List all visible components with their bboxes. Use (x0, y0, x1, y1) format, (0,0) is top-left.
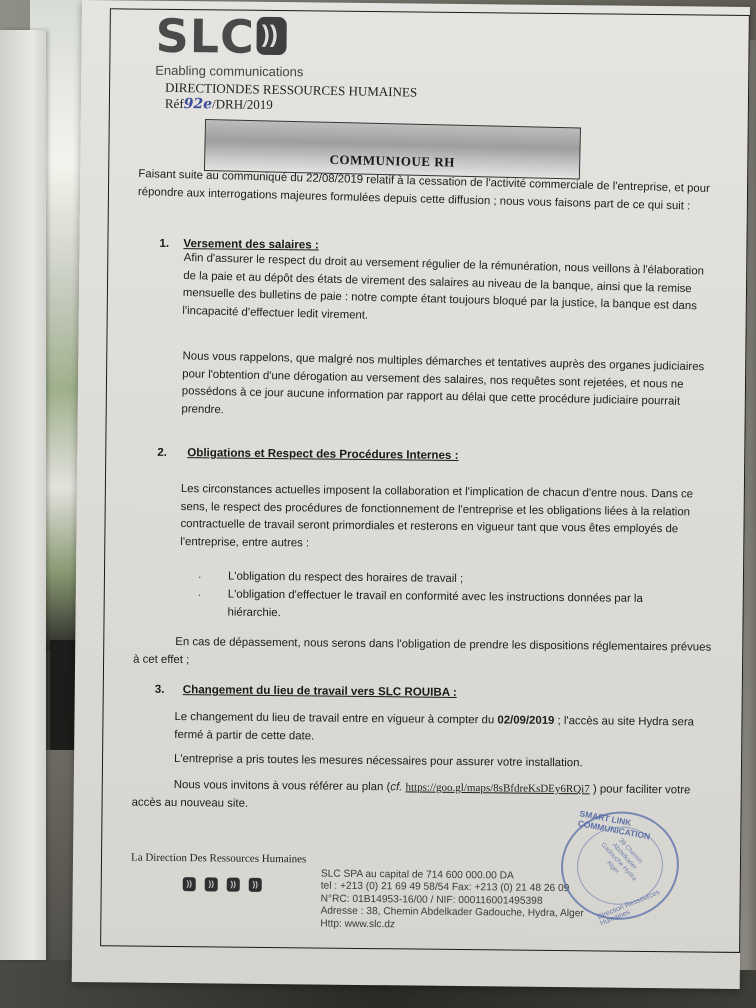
bullet-dot: · (198, 571, 202, 583)
reference-number: Réf92e/DRH/2019 (165, 96, 273, 113)
hr-notice-document: SLC)) Enabling communications DIRECTIOND… (72, 0, 750, 989)
bullet-dot: · (198, 589, 202, 601)
signal-waves-icon: )) (227, 878, 240, 892)
section-1-paragraph-2: Nous vous rappelons, que malgré nos mult… (181, 348, 712, 429)
signal-waves-icon: )) (249, 878, 262, 892)
company-tagline: Enabling communications (155, 63, 303, 80)
signal-waves-icon: )) (257, 17, 287, 55)
section-1-title: Versement des salaires : (183, 237, 318, 251)
section-2-closing: En cas de dépassement, nous serons dans … (133, 634, 713, 675)
signal-waves-icon: )) (205, 877, 218, 891)
section-3-paragraph-1: Le changement du lieu de travail entre e… (174, 709, 694, 749)
company-logo: SLC)) (155, 13, 287, 60)
section-1-number: 1. (159, 237, 169, 250)
map-link[interactable]: https://goo.gl/maps/8sBfdreKsDEy6RQi7 (405, 781, 589, 795)
signal-waves-icon: )) (183, 877, 196, 891)
stamp-inner-text: 38 Chemin Abdelkader Gadouche Hydra Alge… (593, 830, 650, 889)
logo-text: SLC (155, 9, 255, 64)
company-footer: SLC SPA au capital de 714 600 000.00 DA … (320, 869, 584, 934)
section-2-number: 2. (157, 446, 167, 459)
effective-date: 02/09/2019 (497, 714, 554, 727)
section-2-bullet-2: L'obligation d'effectuer le travail en c… (227, 587, 667, 627)
section-1-paragraph-1: Afin d'assurer le respect du droit au ve… (182, 250, 714, 334)
signature-line: La Direction Des Ressources Humaines (131, 852, 306, 866)
section-2-paragraph: Les circonstances actuelles imposent la … (180, 481, 711, 557)
adjacent-paper-sheet (0, 30, 46, 960)
section-3-number: 3. (155, 683, 165, 696)
handwritten-ref: 92e (184, 96, 213, 112)
footer-logos: )) )) )) )) (183, 877, 262, 892)
